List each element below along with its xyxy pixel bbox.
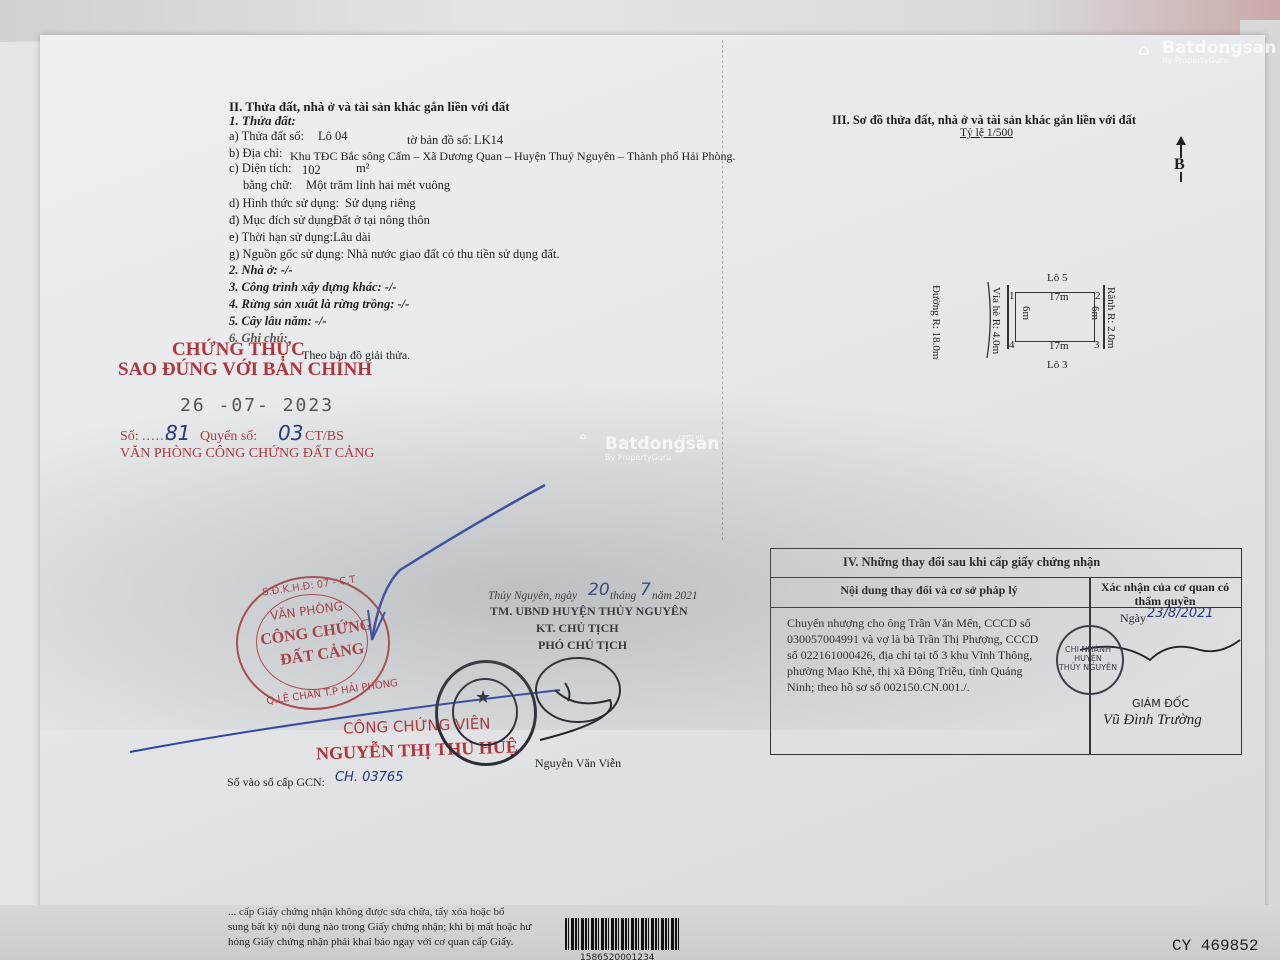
sign-month: 7 bbox=[640, 581, 651, 599]
plot-top-length: 17m bbox=[1049, 290, 1069, 304]
watermark-domain-center: .com.vn bbox=[676, 433, 704, 441]
plot-left-width: 6m bbox=[1020, 306, 1032, 320]
registry-number: CH. 03765 bbox=[335, 771, 403, 785]
north-label: B bbox=[1173, 158, 1186, 172]
approval-date: 23/8/2021 bbox=[1147, 607, 1214, 621]
road-curve bbox=[985, 280, 999, 360]
plot-right-width: 6m bbox=[1089, 306, 1101, 320]
plot-bottom-neighbor: Lô 3 bbox=[1047, 358, 1067, 372]
sign-day: 20 bbox=[588, 581, 610, 599]
change-line-2: 030057004991 và vợ là bà Trần Thị Phượng… bbox=[787, 632, 1038, 646]
sign-role2: PHÓ CHỦ TỊCH bbox=[538, 638, 627, 652]
section4-heading: IV. Những thay đổi sau khi cấp giấy chứn… bbox=[843, 555, 1100, 569]
registry-label: Số vào sổ cấp GCN: bbox=[227, 775, 325, 789]
change-line-1: Chuyển nhượng cho ông Trần Văn Mến, CCCD… bbox=[787, 616, 1031, 632]
serial-number: CY 469852 bbox=[1172, 937, 1258, 955]
corner-3: 3 bbox=[1094, 338, 1100, 352]
branch-seal-text: CHI NHÁNHHUYỆNTHỦY NGUYÊN bbox=[1058, 645, 1118, 672]
sign-role: KT. CHỦ TỊCH bbox=[536, 621, 619, 635]
corner-1: 1 bbox=[1009, 289, 1015, 303]
watermark-brand-corner: Batdongsan bbox=[1162, 38, 1276, 58]
plot-scale: Tỷ lệ 1/500 bbox=[960, 126, 1013, 140]
sign-year: năm 2021 bbox=[652, 589, 698, 603]
watermark-logo-corner-icon: ⌂ bbox=[1138, 40, 1149, 59]
watermark-sub-corner: By PropertyGuru bbox=[1162, 56, 1228, 65]
plot-bottom-length: 17m bbox=[1049, 339, 1069, 353]
watermark-logo-icon: ⌂ bbox=[580, 432, 586, 442]
plot-top-neighbor: Lô 5 bbox=[1047, 271, 1067, 285]
col-change-content: Nội dung thay đổi và cơ sở pháp lý bbox=[770, 583, 1088, 597]
section3-heading: III. Sơ đồ thửa đất, nhà ở và tài sản kh… bbox=[832, 113, 1136, 127]
approval-date-prefix: Ngày bbox=[1120, 611, 1146, 625]
plot-drain: Rãnh R: 2.0m bbox=[1105, 287, 1117, 348]
footer-notice-2: sung bất kỳ nội dung nào trong Giấy chứn… bbox=[228, 921, 531, 934]
change-line-4: phường Mạo Khê, thị xã Đông Triều, tỉnh … bbox=[787, 664, 1023, 678]
barcode-number: 1586520001234 bbox=[580, 951, 654, 960]
national-emblem-star-icon: ★ bbox=[475, 690, 491, 704]
signature-strokes bbox=[0, 0, 1280, 960]
sign-place-date-prefix: Thủy Nguyên, ngày bbox=[488, 589, 577, 603]
approval-signer-name: Vũ Đình Trường bbox=[1103, 712, 1202, 728]
sign-org: TM. UBND HUYỆN THỦY NGUYÊN bbox=[490, 604, 688, 618]
col-authority: Xác nhận của cơ quan có thẩm quyền bbox=[1090, 580, 1240, 608]
footer-notice-3: hỏng Giấy chứng nhận phải khai báo ngay … bbox=[228, 936, 513, 949]
plot-road: Đường R: 18.0m bbox=[930, 285, 942, 359]
footer-notice-1: ... cấp Giấy chứng nhận không được sửa c… bbox=[228, 906, 504, 919]
barcode bbox=[565, 918, 681, 950]
watermark-sub-center: By PropertyGuru bbox=[605, 453, 671, 462]
approval-signer-title: GIÁM ĐỐC bbox=[1132, 697, 1189, 711]
change-line-5: Ninh; theo hồ sơ số 002150.CN.001./. bbox=[787, 680, 970, 694]
sign-month-label: tháng bbox=[610, 589, 636, 603]
change-line-3: số 022161000426, địa chỉ tại tổ 3 khu Vĩ… bbox=[787, 648, 1032, 662]
corner-4: 4 bbox=[1009, 338, 1015, 352]
corner-2: 2 bbox=[1095, 289, 1101, 303]
signer-name: Nguyễn Văn Viễn bbox=[535, 756, 621, 770]
